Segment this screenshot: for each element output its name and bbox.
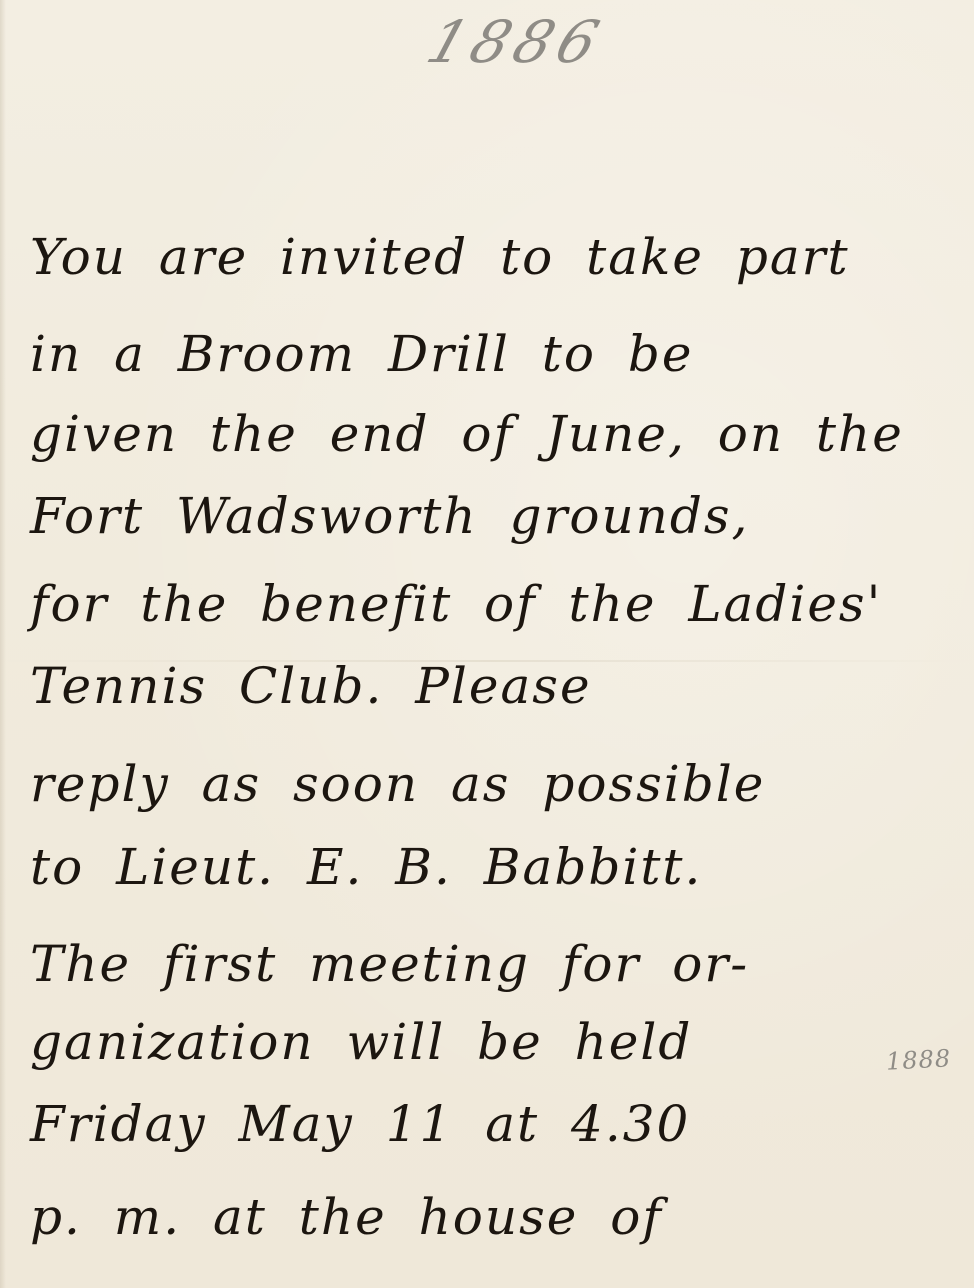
pencil-year-top: 1886 [419,8,613,76]
letter-line-7: reply as soon as possible [30,755,765,813]
letter-line-9: The first meeting for or- [30,935,749,993]
letter-line-4: Fort Wadsworth grounds, [30,487,749,545]
letter-line-3: given the end of June, on the [30,405,904,463]
letter-line-8: to Lieut. E. B. Babbitt. [30,838,702,896]
letter-line-6: Tennis Club. Please [30,657,592,715]
letter-line-2: in a Broom Drill to be [30,325,694,383]
letter-line-12: p. m. at the house of [30,1188,663,1246]
letter-line-11: Friday May 11 at 4.30 [30,1095,690,1153]
paper-edge [0,0,6,1288]
letter-page: 1886 You are invited to take part in a B… [0,0,974,1288]
pencil-year-margin: 1888 [885,1044,951,1075]
letter-line-10: ganization will be held [30,1013,692,1071]
letter-line-5: for the benefit of the Ladies' [30,575,882,633]
letter-line-1: You are invited to take part [30,228,850,286]
